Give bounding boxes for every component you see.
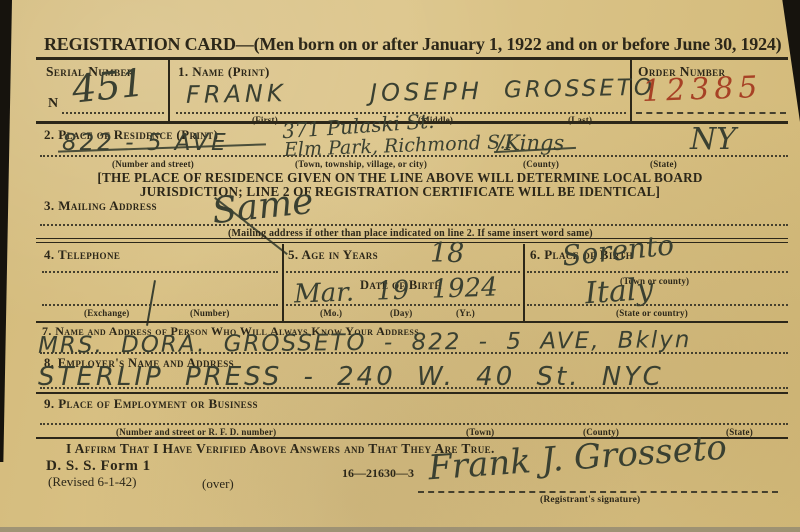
mailing-label: 3. Mailing Address xyxy=(44,198,157,214)
order-write-line xyxy=(636,112,786,114)
mailing-write-line xyxy=(40,224,788,226)
rule-under-employer xyxy=(36,392,788,394)
employment-label: 9. Place of Employment or Business xyxy=(44,396,258,412)
sub-exchange: (Exchange) xyxy=(84,308,130,318)
name-first-value: FRANK xyxy=(186,79,287,109)
sub-emp-town: (Town) xyxy=(466,427,494,437)
residence-state: NY xyxy=(690,122,736,157)
print-code: 16—21630—3 xyxy=(342,466,414,481)
form-revision: (Revised 6-1-42) xyxy=(48,474,136,490)
sub-number-street: (Number and street) xyxy=(112,159,194,169)
sub-month: (Mo.) xyxy=(320,308,342,318)
divider-tel-age xyxy=(282,244,284,322)
card-title: REGISTRATION CARD—(Men born on or after … xyxy=(44,34,781,55)
residence-write-line xyxy=(40,155,788,157)
divider-age-birth xyxy=(523,244,525,322)
telephone-label: 4. Telephone xyxy=(44,247,120,263)
sub-street-rfd: (Number and street or R. F. D. number) xyxy=(116,427,276,437)
name-last-value: GROSSETO xyxy=(504,75,655,104)
pen-stroke-telephone xyxy=(146,280,156,326)
birth-town-line xyxy=(527,271,788,273)
sub-state-or-country: (State or country) xyxy=(616,308,688,318)
contact-value: MRS. DORA. GROSSETO - 822 - 5 AVE, Bklyn xyxy=(38,327,692,359)
rule-under-title xyxy=(36,57,788,60)
age-value: 18 xyxy=(430,238,464,269)
sub-emp-state: (State) xyxy=(726,427,753,437)
scan-edge-bottom xyxy=(0,527,800,532)
sub-year: (Yr.) xyxy=(456,308,475,318)
rule-under-mailing xyxy=(36,238,788,243)
name-middle-value: JOSEPH xyxy=(370,77,483,107)
sub-county: (County) xyxy=(523,159,559,169)
serial-write-line xyxy=(62,112,164,114)
serial-number-value: 451 xyxy=(70,60,147,111)
employment-write-line xyxy=(40,423,788,425)
telephone-write-line-2 xyxy=(42,304,278,306)
over-note: (over) xyxy=(202,476,234,492)
birth-country-line xyxy=(527,304,788,306)
scan-edge-left xyxy=(0,0,12,462)
sub-state: (State) xyxy=(650,159,677,169)
age-label: 5. Age in Years xyxy=(288,247,378,263)
dob-write-line xyxy=(286,304,520,306)
scan-edge-top-right xyxy=(774,0,800,122)
residence-street-old: 822 - 5 AVE xyxy=(62,130,229,156)
name-label: 1. Name (Print) xyxy=(178,64,270,80)
sub-town-city: (Town, township, village, or city) xyxy=(295,159,427,169)
telephone-write-line-1 xyxy=(42,271,278,273)
employer-write-line xyxy=(40,387,788,389)
serial-prefix: N xyxy=(48,96,58,112)
order-number-value: 12385 xyxy=(641,70,763,109)
rule-under-columns xyxy=(36,321,788,323)
registration-card: REGISTRATION CARD—(Men born on or after … xyxy=(0,0,800,532)
divider-serial-name xyxy=(168,60,170,121)
signature-sublabel: (Registrant's signature) xyxy=(540,495,640,505)
signature-line xyxy=(418,491,778,493)
sub-number: (Number) xyxy=(190,308,230,318)
contact-write-line xyxy=(40,352,788,354)
sub-day: (Day) xyxy=(390,308,413,318)
form-number: D. S. S. Form 1 xyxy=(46,458,151,475)
